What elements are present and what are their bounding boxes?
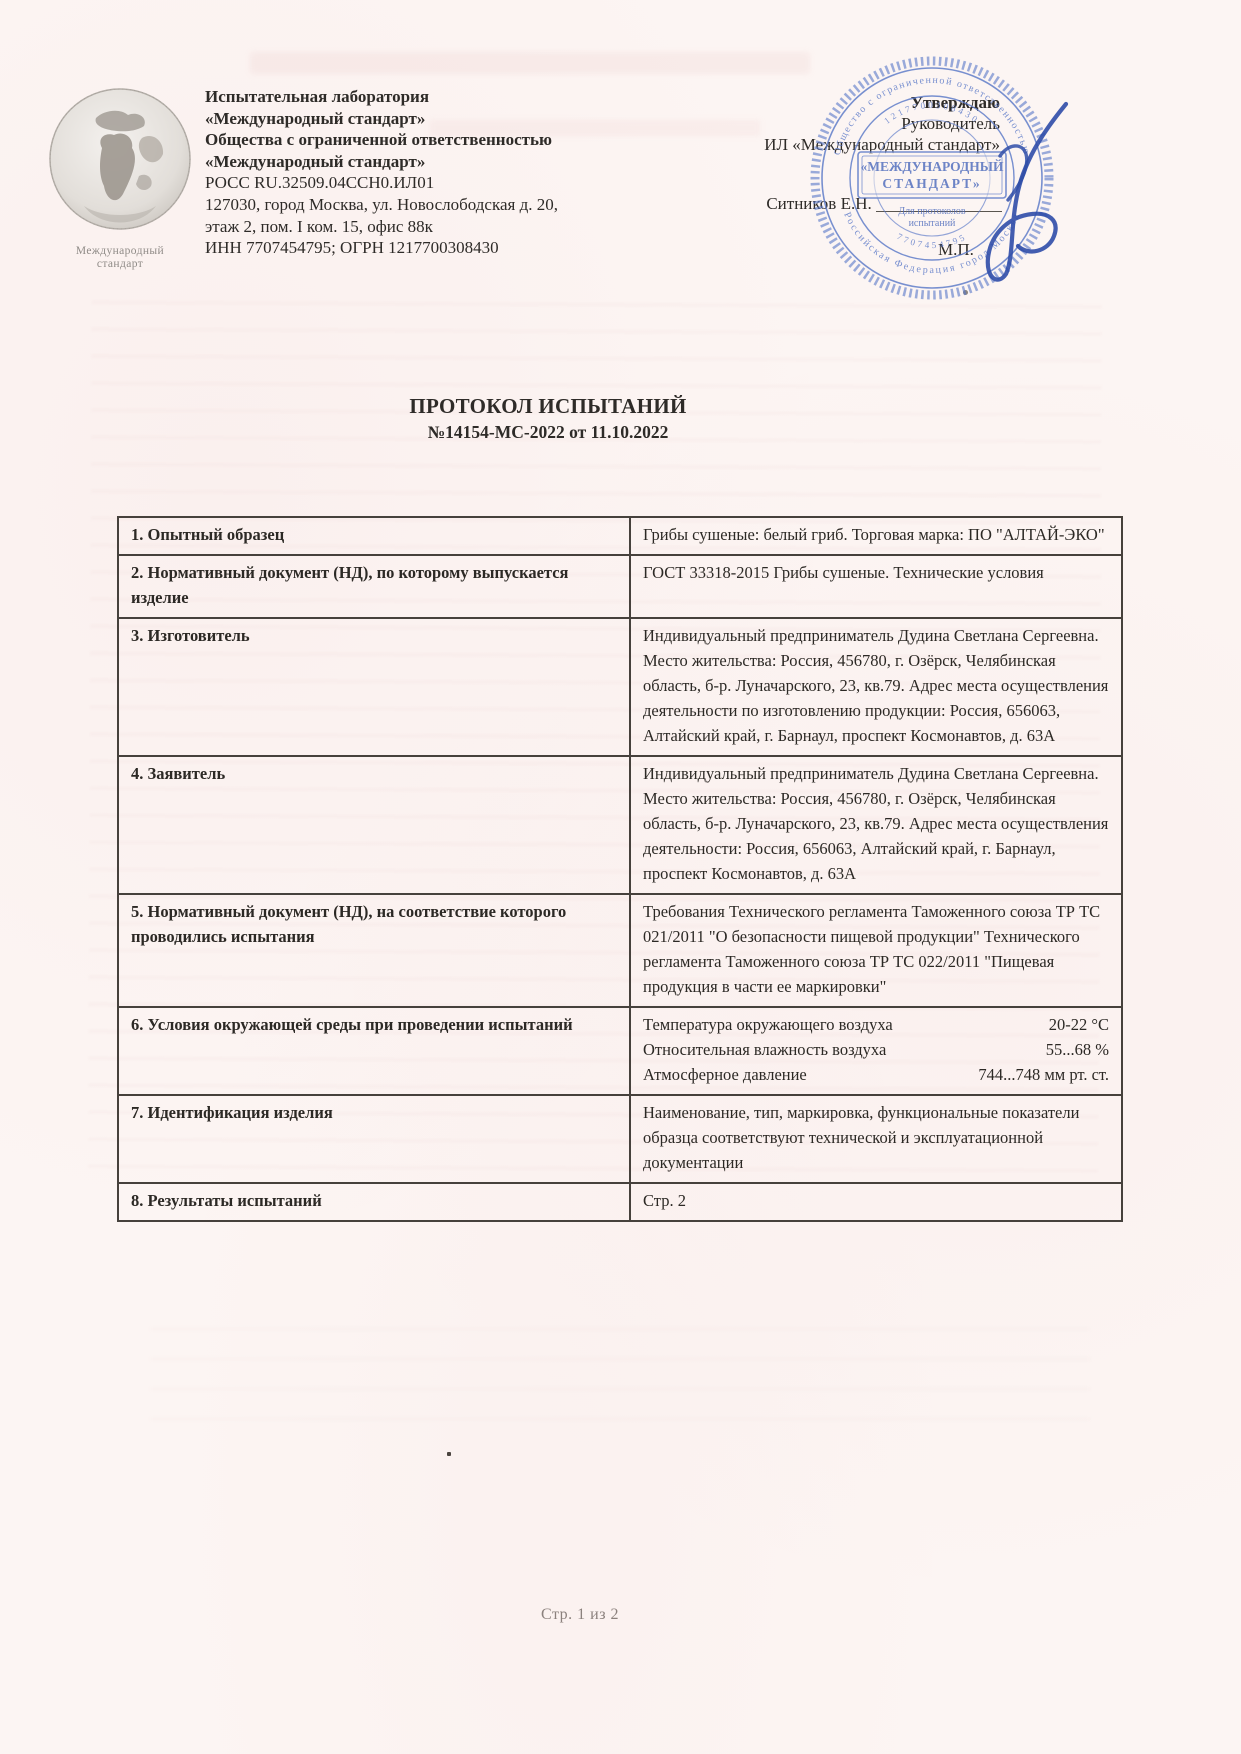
signer-line: Ситников Е.Н. bbox=[640, 194, 1002, 214]
row-value: Индивидуальный предприниматель Дудина Св… bbox=[630, 756, 1122, 894]
approval-word: Утверждаю bbox=[640, 92, 1000, 113]
row-value: Требования Технического регламента Тамож… bbox=[630, 894, 1122, 1007]
row-label: 8. Результаты испытаний bbox=[118, 1183, 630, 1221]
lab-logo: Международный стандарт bbox=[36, 86, 204, 271]
row-label: 7. Идентификация изделия bbox=[118, 1095, 630, 1183]
stamp-arc-bottom-text: Российская Федерация город Москва bbox=[841, 211, 1023, 276]
lab-detail-line: ИНН 7707454795; ОГРН 1217700308430 bbox=[205, 237, 805, 259]
table-row: 7. Идентификация изделия Наименование, т… bbox=[118, 1095, 1122, 1183]
protocol-table: 1. Опытный образец Грибы сушеные: белый … bbox=[117, 516, 1123, 1222]
scan-bleed-artifact bbox=[250, 52, 810, 74]
env-name: Относительная влажность воздуха bbox=[643, 1037, 886, 1062]
env-value: 20-22 °C bbox=[1049, 1012, 1109, 1037]
stamp-center-line1: «МЕЖДУНАРОДНЫЙ bbox=[861, 159, 1004, 174]
svg-text:Российская Федерация город Мос: Российская Федерация город Москва bbox=[841, 211, 1023, 276]
env-line: Температура окружающего воздуха 20-22 °C bbox=[643, 1012, 1109, 1037]
protocol-title: ПРОТОКОЛ ИСПЫТАНИЙ bbox=[0, 394, 1096, 419]
table-row: 1. Опытный образец Грибы сушеные: белый … bbox=[118, 517, 1122, 555]
env-name: Температура окружающего воздуха bbox=[643, 1012, 893, 1037]
table-row: 6. Условия окружающей среды при проведен… bbox=[118, 1007, 1122, 1095]
env-value: 744...748 мм рт. ст. bbox=[978, 1062, 1109, 1087]
row-label: 1. Опытный образец bbox=[118, 517, 630, 555]
table-row: 4. Заявитель Индивидуальный предпринимат… bbox=[118, 756, 1122, 894]
env-line: Атмосферное давление 744...748 мм рт. ст… bbox=[643, 1062, 1109, 1087]
logo-caption: Международный стандарт bbox=[36, 245, 204, 271]
signature-underline bbox=[876, 211, 1002, 212]
lab-detail-line: РОСС RU.32509.04ССН0.ИЛ01 bbox=[205, 172, 805, 194]
stamp-center-line2: СТАНДАРТ» bbox=[882, 176, 981, 191]
page-footer: Стр. 1 из 2 bbox=[0, 1606, 1160, 1624]
row-value: Стр. 2 bbox=[630, 1183, 1122, 1221]
table-row: 2. Нормативный документ (НД), по котором… bbox=[118, 555, 1122, 618]
protocol-number: №14154-МС-2022 от 11.10.2022 bbox=[0, 422, 1096, 443]
row-value: Грибы сушеные: белый гриб. Торговая марк… bbox=[630, 517, 1122, 555]
row-value-environment: Температура окружающего воздуха 20-22 °C… bbox=[630, 1007, 1122, 1095]
row-label: 5. Нормативный документ (НД), на соответ… bbox=[118, 894, 630, 1007]
env-line: Относительная влажность воздуха 55...68 … bbox=[643, 1037, 1109, 1062]
round-stamp-seal: Общество с ограниченной ответственностью… bbox=[806, 52, 1058, 304]
logo-caption-line: Международный bbox=[36, 245, 204, 258]
document-page: Международный стандарт Испытательная лаб… bbox=[0, 0, 1241, 1754]
stamp-purpose-line2: испытаний bbox=[909, 218, 956, 229]
table-row: 8. Результаты испытаний Стр. 2 bbox=[118, 1183, 1122, 1221]
row-label: 3. Изготовитель bbox=[118, 618, 630, 756]
scan-bleed-artifact bbox=[150, 1300, 1090, 1420]
row-label: 2. Нормативный документ (НД), по котором… bbox=[118, 555, 630, 618]
row-value: Наименование, тип, маркировка, функциона… bbox=[630, 1095, 1122, 1183]
approval-org: ИЛ «Международный стандарт» bbox=[640, 134, 1000, 155]
signer-name: Ситников Е.Н. bbox=[766, 194, 871, 213]
table-row: 3. Изготовитель Индивидуальный предприни… bbox=[118, 618, 1122, 756]
scan-speck bbox=[963, 290, 968, 295]
row-label: 6. Условия окружающей среды при проведен… bbox=[118, 1007, 630, 1095]
scan-speck bbox=[447, 1452, 451, 1456]
row-value: Индивидуальный предприниматель Дудина Св… bbox=[630, 618, 1122, 756]
logo-caption-line: стандарт bbox=[36, 258, 204, 271]
seal-mark: М.П. bbox=[938, 240, 974, 260]
title-block: ПРОТОКОЛ ИСПЫТАНИЙ №14154-МС-2022 от 11.… bbox=[0, 394, 1096, 443]
row-label: 4. Заявитель bbox=[118, 756, 630, 894]
env-value: 55...68 % bbox=[1046, 1037, 1109, 1062]
globe-icon bbox=[44, 86, 196, 236]
approval-role: Руководитель bbox=[640, 113, 1000, 134]
row-value: ГОСТ 33318-2015 Грибы сушеные. Техническ… bbox=[630, 555, 1122, 618]
table-row: 5. Нормативный документ (НД), на соответ… bbox=[118, 894, 1122, 1007]
approval-block: Утверждаю Руководитель ИЛ «Международный… bbox=[640, 92, 1000, 155]
lab-detail-line: этаж 2, пом. I ком. 15, офис 88к bbox=[205, 216, 805, 238]
env-name: Атмосферное давление bbox=[643, 1062, 807, 1087]
